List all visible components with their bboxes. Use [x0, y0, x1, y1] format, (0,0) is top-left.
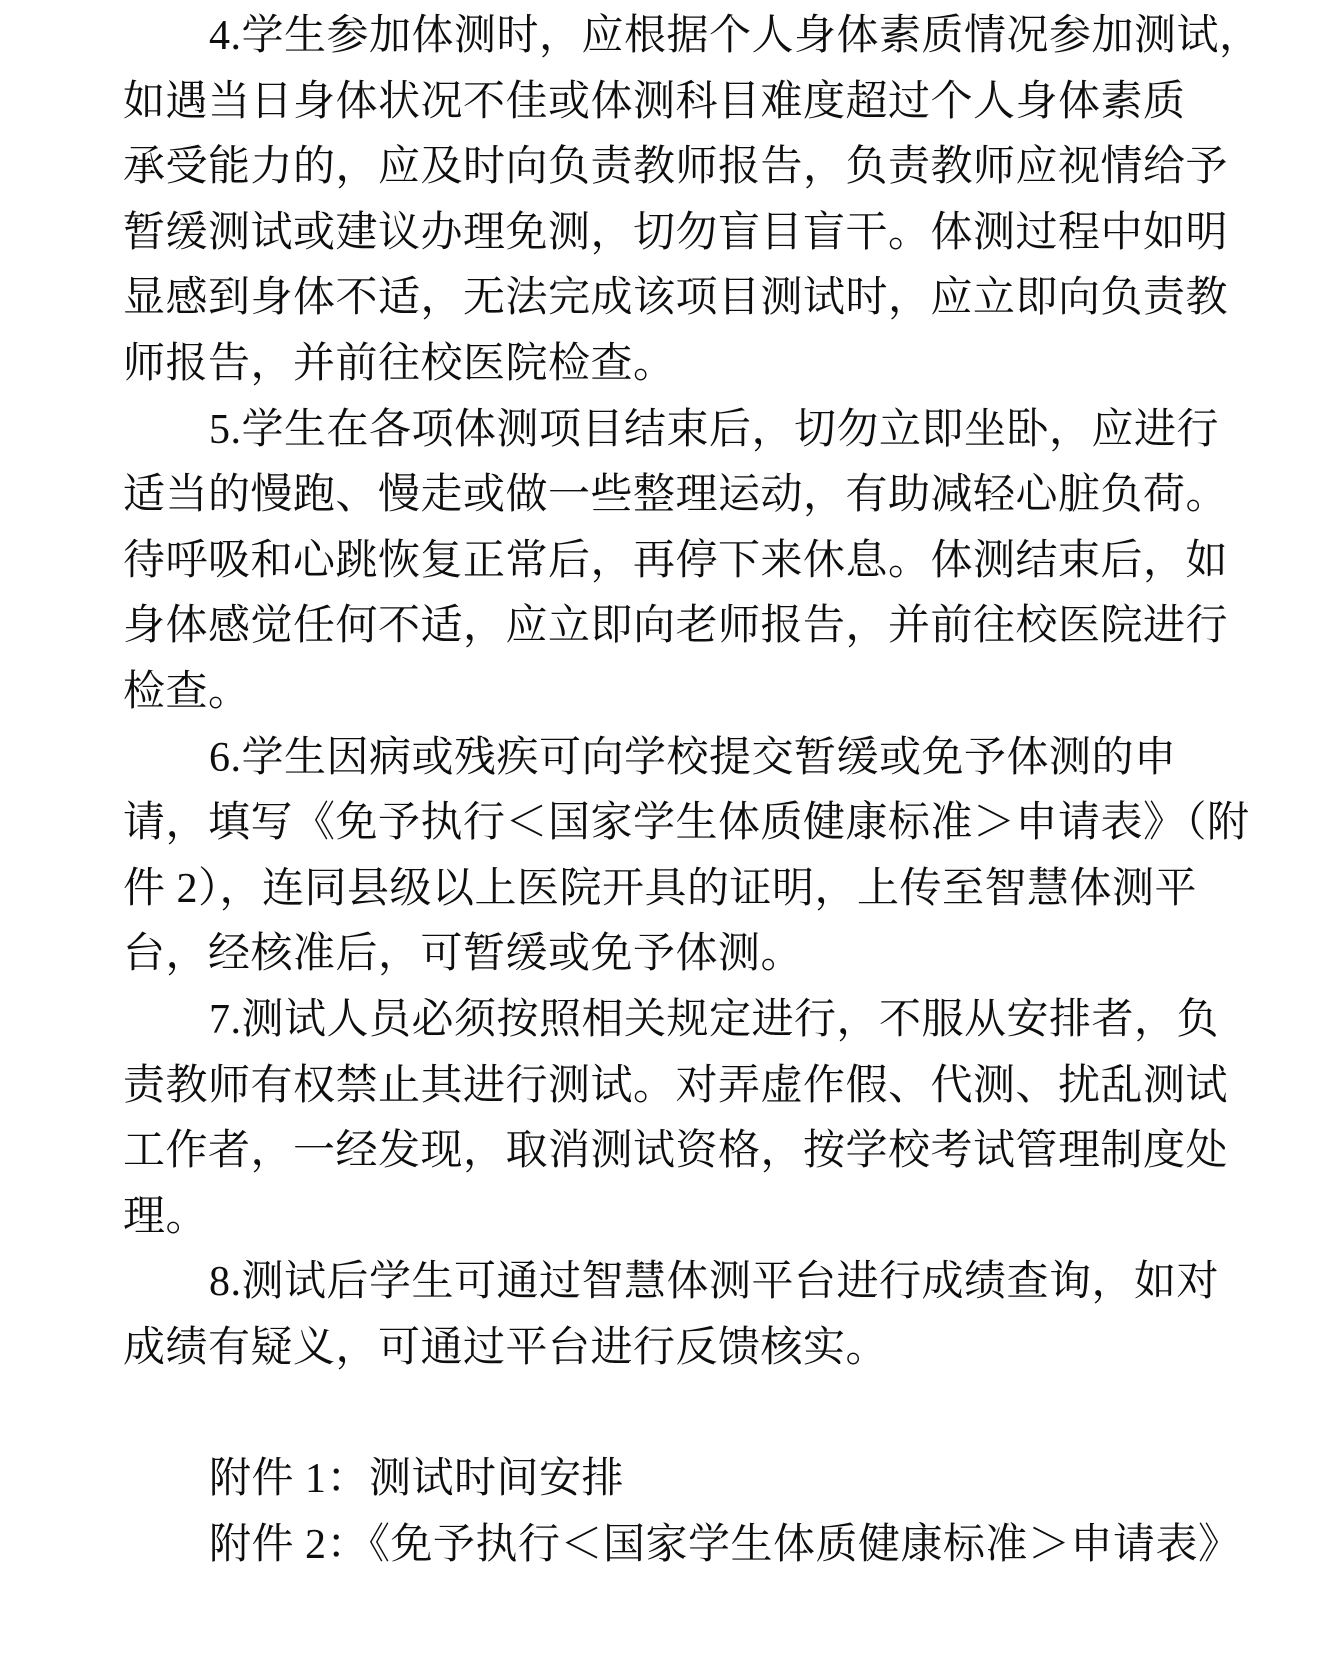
- paragraph-line: 师报告，并前往校医院检查。: [123, 332, 1238, 398]
- document-body: 4.学生参加体测时，应根据个人身体素质情况参加测试，如遇当日身体状况不佳或体测科…: [123, 4, 1238, 1578]
- paragraph-line: 请，填写《免予执行＜国家学生体质健康标准＞申请表》（附: [123, 791, 1238, 857]
- paragraph-line: 工作者，一经发现，取消测试资格，按学校考试管理制度处: [123, 1119, 1238, 1185]
- paragraph-line: 成绩有疑义，可通过平台进行反馈核实。: [123, 1316, 1238, 1382]
- attachment-line: 附件 1：测试时间安排: [123, 1447, 1238, 1513]
- paragraph-line: 件 2），连同县级以上医院开具的证明，上传至智慧体测平: [123, 857, 1238, 923]
- paragraph-line: 理。: [123, 1185, 1238, 1251]
- paragraph-line: 7.测试人员必须按照相关规定进行，不服从安排者，负: [123, 988, 1238, 1054]
- paragraph-line: 6.学生因病或残疾可向学校提交暂缓或免予体测的申: [123, 726, 1238, 792]
- blank-line-spacer: [123, 1381, 1238, 1447]
- paragraph-line: 责教师有权禁止其进行测试。对弄虚作假、代测、扰乱测试: [123, 1054, 1238, 1120]
- paragraph-line: 4.学生参加体测时，应根据个人身体素质情况参加测试，: [123, 4, 1238, 70]
- paragraph-line: 暂缓测试或建议办理免测，切勿盲目盲干。体测过程中如明: [123, 201, 1238, 267]
- paragraph-line: 显感到身体不适，无法完成该项目测试时，应立即向负责教: [123, 266, 1238, 332]
- paragraph-line: 8.测试后学生可通过智慧体测平台进行成绩查询，如对: [123, 1250, 1238, 1316]
- paragraph-line: 台，经核准后，可暂缓或免予体测。: [123, 922, 1238, 988]
- paragraph-line: 5.学生在各项体测项目结束后，切勿立即坐卧，应进行: [123, 398, 1238, 464]
- paragraph-line: 如遇当日身体状况不佳或体测科目难度超过个人身体素质: [123, 70, 1238, 136]
- paragraph-line: 承受能力的，应及时向负责教师报告，负责教师应视情给予: [123, 135, 1238, 201]
- attachment-line: 附件 2：《免予执行＜国家学生体质健康标准＞申请表》: [123, 1513, 1238, 1579]
- paragraph-line: 适当的慢跑、慢走或做一些整理运动，有助减轻心脏负荷。: [123, 463, 1238, 529]
- paragraph-line: 身体感觉任何不适，应立即向老师报告，并前往校医院进行: [123, 594, 1238, 660]
- paragraph-line: 检查。: [123, 660, 1238, 726]
- document-page: 4.学生参加体测时，应根据个人身体素质情况参加测试，如遇当日身体状况不佳或体测科…: [0, 0, 1320, 1663]
- paragraph-line: 待呼吸和心跳恢复正常后，再停下来休息。体测结束后，如: [123, 529, 1238, 595]
